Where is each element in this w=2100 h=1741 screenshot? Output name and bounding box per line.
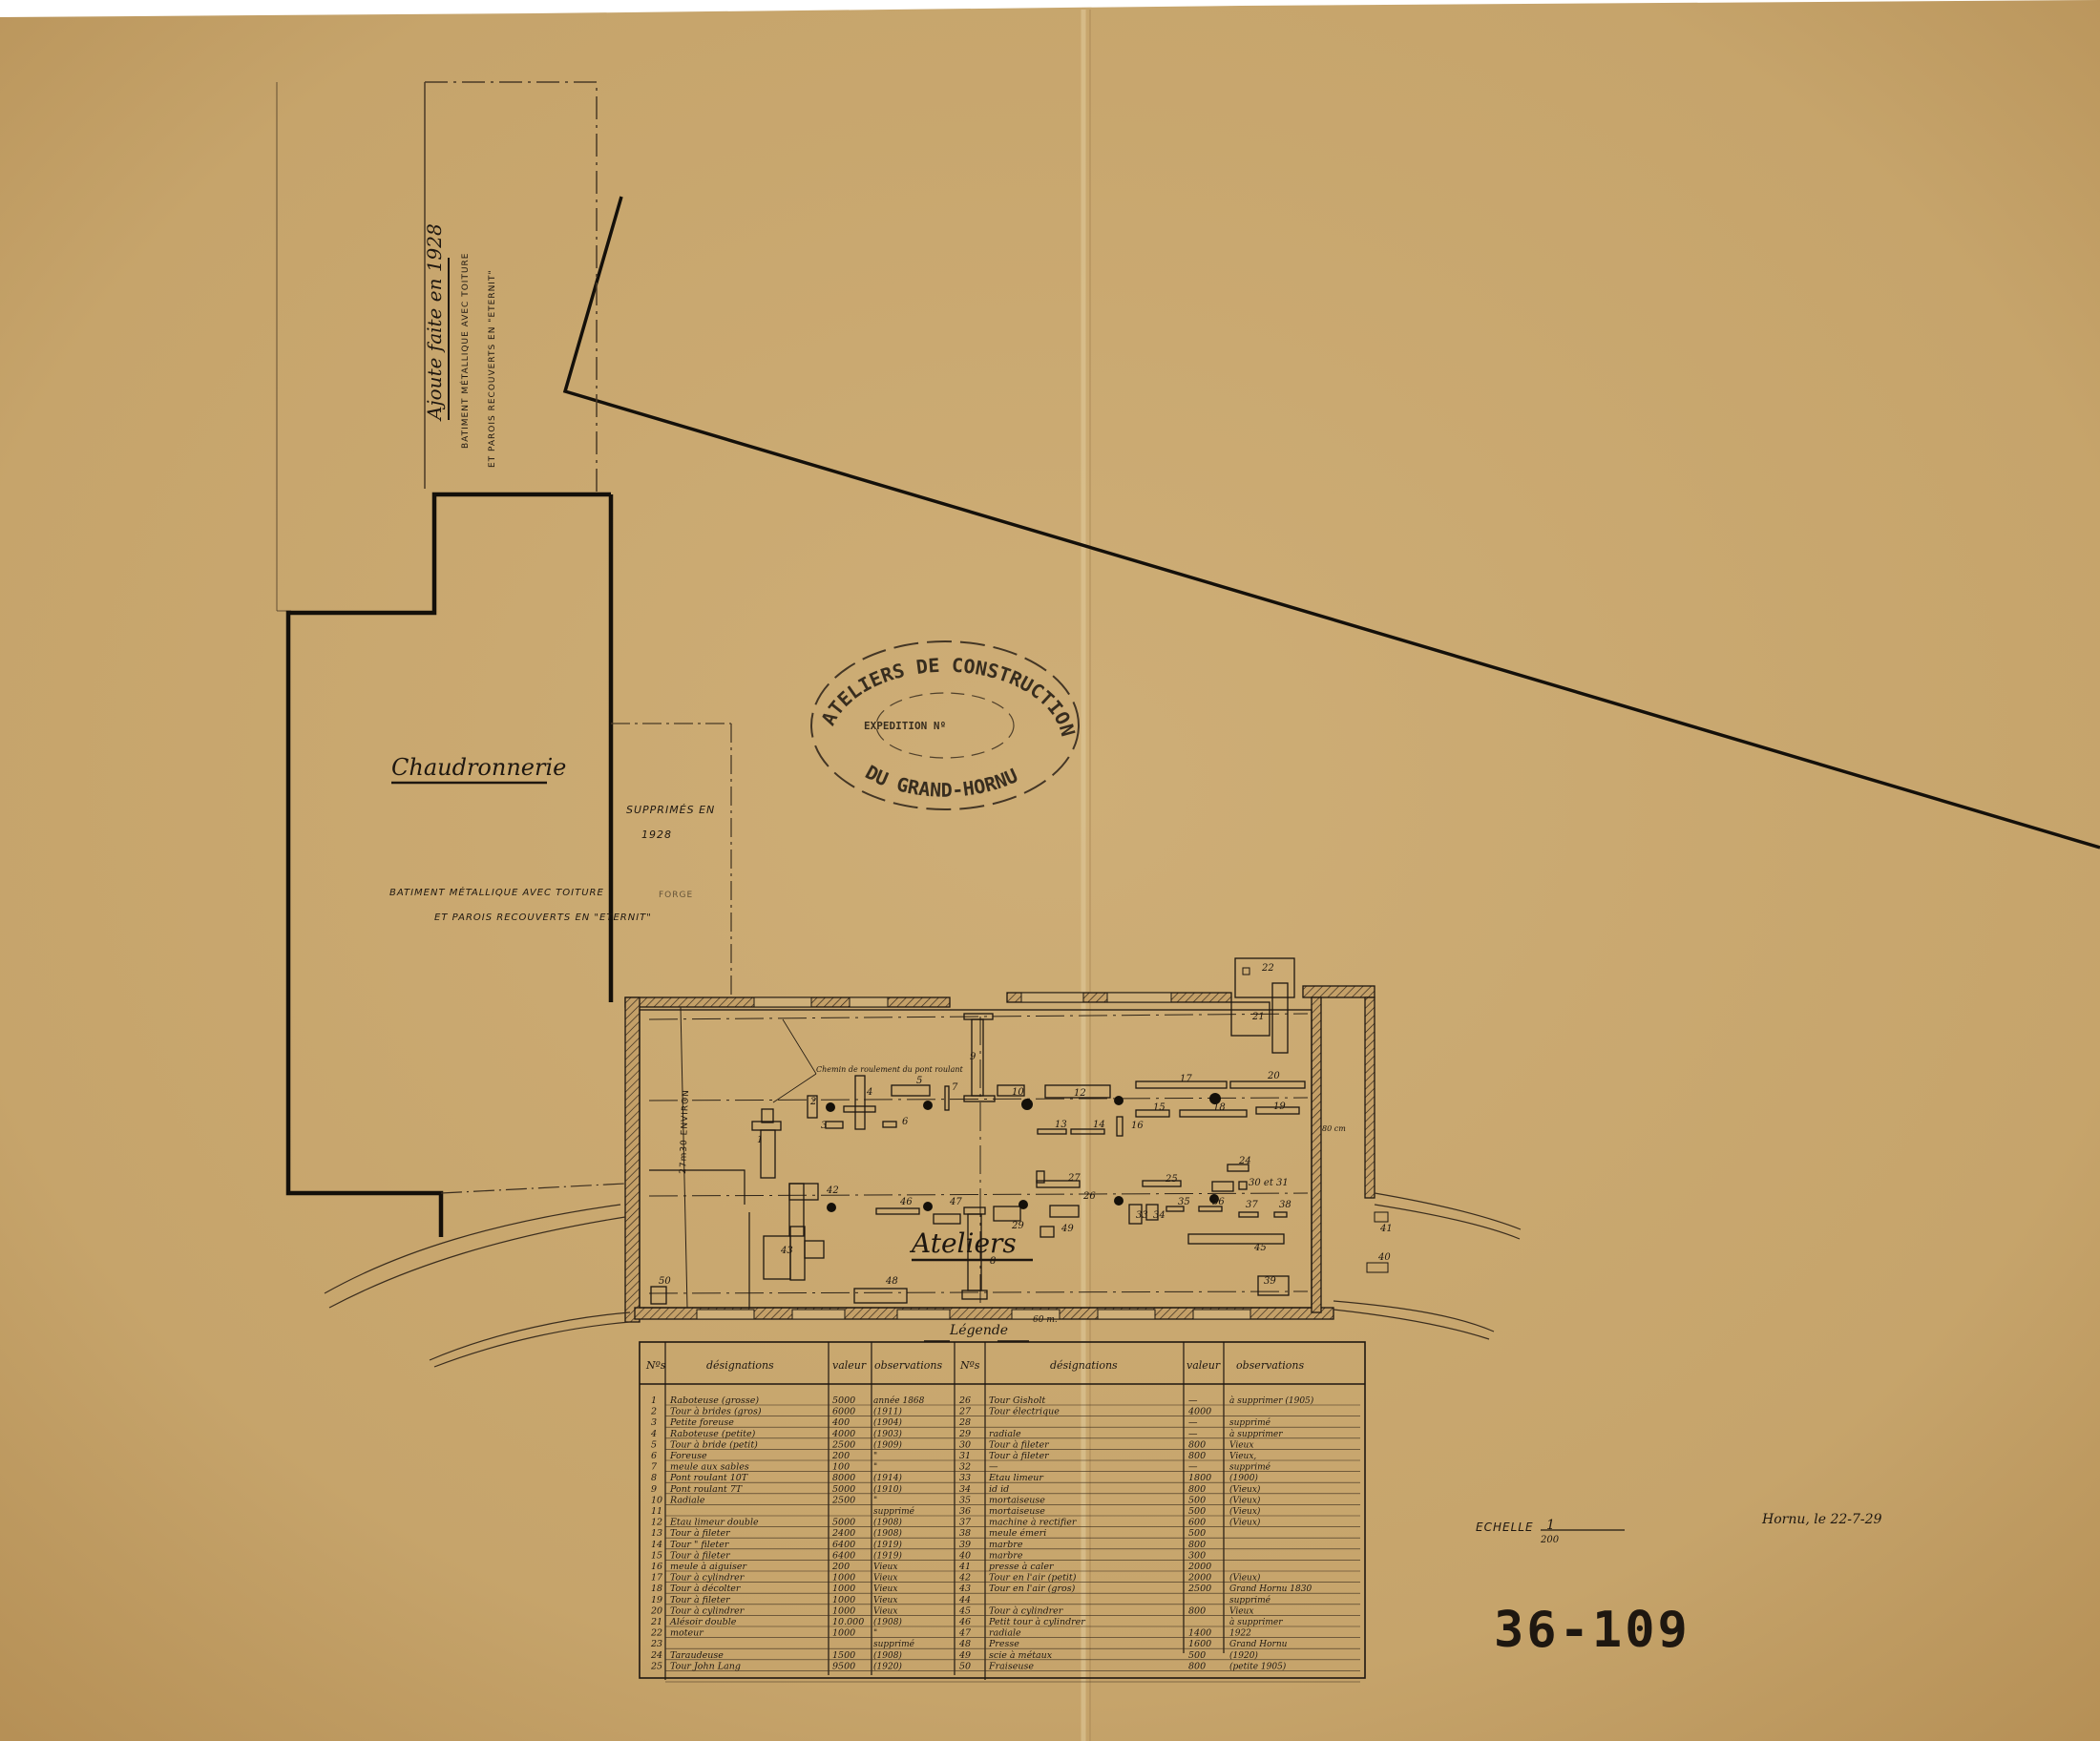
legend-observation: (1908) bbox=[873, 1617, 902, 1627]
legend-designation: Tour à fileter bbox=[670, 1550, 731, 1561]
legend-designation: Tour en l'air (gros) bbox=[989, 1584, 1076, 1594]
legend-value: 200 bbox=[831, 1451, 850, 1461]
legend-designation: machine à rectifier bbox=[989, 1518, 1078, 1528]
legend-no: 50 bbox=[959, 1661, 971, 1671]
legend-value: 800 bbox=[1188, 1605, 1206, 1616]
legend-no: 38 bbox=[959, 1528, 971, 1539]
machine-label: 25 bbox=[1165, 1174, 1178, 1185]
legend-value: 5000 bbox=[832, 1518, 855, 1528]
legend-value: 500 bbox=[1188, 1650, 1206, 1661]
legend-observation: (Vieux) bbox=[1229, 1495, 1261, 1505]
legend-value: 1400 bbox=[1188, 1628, 1211, 1639]
legend-designation: Tour à fileter bbox=[670, 1528, 731, 1539]
legend-value: 2500 bbox=[831, 1495, 855, 1505]
machine-label: 19 bbox=[1273, 1101, 1286, 1112]
legend-value: — bbox=[1188, 1462, 1198, 1473]
legend-no: 44 bbox=[958, 1595, 971, 1605]
machine-label: 17 bbox=[1180, 1074, 1192, 1084]
legend-designation: Raboteuse (petite) bbox=[669, 1429, 756, 1439]
legend-designation: scie à métaux bbox=[989, 1650, 1053, 1661]
legend-no: 5 bbox=[651, 1439, 657, 1450]
machine-label: 27 bbox=[1067, 1173, 1081, 1184]
legend-value: 800 bbox=[1188, 1484, 1206, 1495]
legend-designation: Tour en l'air (petit) bbox=[989, 1573, 1077, 1584]
legend-designation: Tour à cylindrer bbox=[670, 1573, 745, 1584]
legend-value: 5000 bbox=[832, 1484, 855, 1495]
legend-observation: (1904) bbox=[873, 1417, 902, 1428]
legend-no: 34 bbox=[959, 1484, 971, 1495]
legend-no: 24 bbox=[650, 1650, 662, 1661]
legend-designation: mortaiseuse bbox=[989, 1495, 1045, 1505]
legend-value: 2500 bbox=[831, 1439, 855, 1450]
legend-no: 20 bbox=[650, 1605, 662, 1616]
legend-no: 25 bbox=[650, 1661, 662, 1671]
legend-no: 48 bbox=[958, 1639, 971, 1649]
legend-observation: (1914) bbox=[873, 1473, 902, 1483]
legend-no: 39 bbox=[959, 1540, 971, 1550]
legend-observation: supprimé bbox=[1229, 1462, 1271, 1473]
legend-value: 2500 bbox=[1187, 1584, 1211, 1594]
legend-designation: Tour à brides (gros) bbox=[670, 1407, 762, 1417]
legend-value: 100 bbox=[832, 1462, 850, 1473]
legend-no: 14 bbox=[651, 1540, 662, 1550]
legend-header: observations bbox=[874, 1359, 942, 1372]
legend-no: 6 bbox=[651, 1451, 657, 1461]
machine-label: 33 bbox=[1136, 1210, 1148, 1221]
legend-no: 28 bbox=[958, 1417, 971, 1428]
legend-value: 1800 bbox=[1188, 1473, 1211, 1483]
legend-no: 1 bbox=[651, 1395, 657, 1406]
legend-observation: Vieux bbox=[873, 1606, 897, 1616]
legend-value: 500 bbox=[1188, 1506, 1206, 1517]
legend-designation: Radiale bbox=[669, 1495, 705, 1505]
crane-path-note: Chemin de roulement du pont roulant bbox=[816, 1065, 964, 1074]
legend-designation: Pont roulant 7T bbox=[669, 1484, 743, 1495]
machine-label: 5 bbox=[916, 1076, 922, 1086]
legend-no: 43 bbox=[958, 1584, 971, 1594]
legend-designation: Tour John Lang bbox=[670, 1661, 741, 1671]
machine-label: 7 bbox=[952, 1082, 958, 1093]
legend-observation: Vieux bbox=[1229, 1606, 1253, 1616]
machine-label: 30 et 31 bbox=[1249, 1178, 1289, 1188]
legend-designation: Tour à fileter bbox=[989, 1439, 1050, 1450]
legend-no: 22 bbox=[650, 1628, 662, 1639]
legend-designation: Tour à cylindrer bbox=[989, 1605, 1064, 1616]
legend-header: Nºs bbox=[645, 1359, 666, 1372]
machine-label: 24 bbox=[1238, 1156, 1251, 1166]
legend-no: 3 bbox=[651, 1417, 657, 1428]
legend-observation: " bbox=[873, 1629, 877, 1639]
machine-label: 50 bbox=[659, 1276, 671, 1287]
legend-no: 19 bbox=[651, 1595, 662, 1605]
legend-value: — bbox=[1188, 1429, 1198, 1439]
machine-label: 2 bbox=[809, 1097, 816, 1107]
legend-observation: (1920) bbox=[1229, 1650, 1258, 1661]
annex-line1: BATIMENT MÉTALLIQUE AVEC TOITURE bbox=[459, 253, 471, 449]
legend-designation: meule émeri bbox=[989, 1528, 1046, 1539]
machine-label: 35 bbox=[1178, 1197, 1190, 1207]
machine-label: 1 bbox=[757, 1135, 763, 1145]
legend-observation: (1900) bbox=[1229, 1473, 1258, 1483]
legend-no: 11 bbox=[651, 1506, 662, 1517]
legend-designation: Etau limeur double bbox=[669, 1518, 759, 1528]
legend-no: 40 bbox=[958, 1550, 971, 1561]
legend-observation: Vieux bbox=[873, 1584, 897, 1594]
legend-designation: Petite foreuse bbox=[669, 1417, 734, 1428]
legend-designation: marbre bbox=[989, 1540, 1023, 1550]
legend-value: 600 bbox=[1188, 1518, 1206, 1528]
legend-designation: meule aux sables bbox=[670, 1462, 749, 1473]
legend-value: 9500 bbox=[832, 1661, 855, 1671]
legend-value: 6400 bbox=[832, 1550, 855, 1561]
legend-no: 13 bbox=[651, 1528, 662, 1539]
machine-label: 39 bbox=[1264, 1276, 1276, 1287]
annex-title: Ajoute faite en 1928 bbox=[423, 223, 446, 422]
machine-label: 42 bbox=[826, 1185, 839, 1196]
legend-observation: supprimé bbox=[873, 1639, 915, 1649]
legend-observation: Vieux bbox=[873, 1563, 897, 1572]
floor-plan-drawing: Ajoute faite en 1928 BATIMENT MÉTALLIQUE… bbox=[0, 0, 2100, 1741]
legend-value: 800 bbox=[1188, 1661, 1206, 1671]
legend-observation: (1908) bbox=[873, 1528, 902, 1539]
legend-designation: Raboteuse (grosse) bbox=[669, 1395, 759, 1406]
legend-no: 49 bbox=[958, 1650, 971, 1661]
legend-observation: (Vieux) bbox=[1229, 1518, 1261, 1528]
paper-background bbox=[0, 0, 2100, 1741]
machine-label: 45 bbox=[1253, 1243, 1267, 1253]
legend-observation: 1922 bbox=[1229, 1629, 1251, 1639]
length-dimension: 60 m. bbox=[1033, 1315, 1058, 1325]
ateliers-title: Ateliers bbox=[909, 1227, 1017, 1259]
legend-designation: Tour à fileter bbox=[670, 1595, 731, 1605]
legend-no: 9 bbox=[651, 1484, 657, 1495]
legend-designation: meule à aiguiser bbox=[670, 1562, 748, 1572]
legend-designation: radiale bbox=[989, 1628, 1021, 1639]
machine-label: 20 bbox=[1267, 1071, 1280, 1081]
legend-observation: Grand Hornu bbox=[1229, 1640, 1288, 1649]
legend-header: désignations bbox=[1050, 1359, 1118, 1372]
legend-designation: Pont roulant 10T bbox=[669, 1473, 748, 1483]
legend-no: 47 bbox=[958, 1628, 972, 1639]
machine-label: 6 bbox=[902, 1117, 909, 1127]
legend-no: 15 bbox=[651, 1550, 662, 1561]
legend-value: 200 bbox=[831, 1562, 850, 1572]
machine-label: 4 bbox=[866, 1087, 872, 1098]
machine-label: 18 bbox=[1213, 1102, 1226, 1113]
legend-designation: — bbox=[989, 1462, 998, 1473]
machine-label: 10 bbox=[1012, 1087, 1024, 1098]
legend-designation: Etau limeur bbox=[988, 1473, 1044, 1483]
legend-designation: Alésoir double bbox=[669, 1617, 737, 1627]
legend-designation: radiale bbox=[989, 1429, 1021, 1439]
legend-observation: à supprimer bbox=[1229, 1617, 1283, 1627]
legend-header: valeur bbox=[832, 1359, 867, 1372]
legend-no: 12 bbox=[651, 1518, 662, 1528]
legend-designation: Fraiseuse bbox=[988, 1661, 1034, 1671]
legend-value: 10.000 bbox=[832, 1617, 864, 1627]
legend-value: 6000 bbox=[832, 1407, 855, 1417]
legend-no: 29 bbox=[958, 1429, 971, 1439]
legend-value: 1000 bbox=[832, 1595, 855, 1605]
legend-no: 21 bbox=[650, 1617, 662, 1627]
legend-designation: Tour à bride (petit) bbox=[670, 1439, 758, 1450]
legend-designation: Tour à cylindrer bbox=[670, 1605, 745, 1616]
legend-value: — bbox=[1188, 1395, 1198, 1406]
removed-label: SUPPRIMÉS EN bbox=[626, 804, 715, 816]
legend-value: 800 bbox=[1188, 1540, 1206, 1550]
machine-label: 40 bbox=[1377, 1252, 1391, 1263]
legend-value: 2400 bbox=[831, 1528, 855, 1539]
legend-observation: " bbox=[873, 1496, 877, 1505]
machine-label: 36 bbox=[1212, 1197, 1225, 1207]
chaudronnerie-line2: ET PAROIS RECOUVERTS EN "ETERNIT" bbox=[434, 912, 652, 923]
legend-observation: (1908) bbox=[873, 1518, 902, 1528]
legend-designation: moteur bbox=[670, 1628, 704, 1639]
legend-header: Nºs bbox=[959, 1359, 980, 1372]
legend-value: 1000 bbox=[832, 1628, 855, 1639]
machine-label: 34 bbox=[1153, 1210, 1165, 1221]
legend-no: 35 bbox=[959, 1495, 971, 1505]
legend-designation: Tour " fileter bbox=[670, 1540, 730, 1550]
legend-value: 2000 bbox=[1187, 1562, 1211, 1572]
legend-no: 30 bbox=[959, 1439, 971, 1450]
chaudronnerie-line1: BATIMENT MÉTALLIQUE AVEC TOITURE bbox=[389, 886, 604, 898]
legend-no: 42 bbox=[958, 1573, 971, 1584]
legend-no: 23 bbox=[650, 1639, 662, 1649]
annex-line2: ET PAROIS RECOUVERTS EN "ETERNIT" bbox=[488, 269, 497, 468]
legend-value: 1000 bbox=[832, 1584, 855, 1594]
legend-no: 8 bbox=[651, 1473, 657, 1483]
legend-value: 1000 bbox=[832, 1605, 855, 1616]
legend-observation: supprimé bbox=[873, 1506, 915, 1517]
legend-designation: Presse bbox=[988, 1639, 1019, 1649]
legend-value: 300 bbox=[1188, 1550, 1206, 1561]
legend-observation: " bbox=[873, 1452, 877, 1461]
legend-value: 800 bbox=[1188, 1439, 1206, 1450]
legend-observation: (1911) bbox=[873, 1407, 902, 1417]
legend-value: 4000 bbox=[831, 1429, 855, 1439]
legend-no: 17 bbox=[651, 1573, 663, 1584]
archive-number: 36-109 bbox=[1494, 1602, 1690, 1659]
legend-observation: (Vieux) bbox=[1229, 1484, 1261, 1495]
legend-value: 500 bbox=[1188, 1495, 1206, 1505]
legend-no: 41 bbox=[958, 1562, 971, 1572]
legend-designation: Taraudeuse bbox=[670, 1650, 724, 1661]
legend-no: 2 bbox=[650, 1407, 657, 1417]
machine-label: 49 bbox=[1060, 1224, 1074, 1234]
legend-designation: id id bbox=[989, 1484, 1009, 1495]
legend-observation: (1908) bbox=[873, 1650, 902, 1661]
legend-no: 36 bbox=[959, 1506, 971, 1517]
legend-observation: Grand Hornu 1830 bbox=[1229, 1584, 1312, 1594]
legend-value: 1600 bbox=[1188, 1639, 1211, 1649]
stamp-middle-text: EXPEDITION Nº bbox=[864, 720, 946, 732]
legend-value: 6400 bbox=[832, 1540, 855, 1550]
legend-value: 800 bbox=[1188, 1451, 1206, 1461]
machine-label: 13 bbox=[1055, 1120, 1067, 1130]
machine-label: 14 bbox=[1093, 1120, 1105, 1130]
removed-year: 1928 bbox=[641, 829, 672, 841]
place-date: Hornu, le 22-7-29 bbox=[1761, 1512, 1882, 1527]
plan-sheet: Ajoute faite en 1928 BATIMENT MÉTALLIQUE… bbox=[0, 0, 2100, 1741]
legend-no: 31 bbox=[959, 1451, 971, 1461]
scale-denominator: 200 bbox=[1540, 1535, 1560, 1545]
wall-dimension: 80 cm bbox=[1322, 1124, 1346, 1133]
legend-no: 37 bbox=[959, 1518, 972, 1528]
legend-header: désignations bbox=[706, 1359, 774, 1372]
machine-label: 9 bbox=[970, 1052, 976, 1062]
legend-title: Légende bbox=[949, 1323, 1008, 1338]
legend-value: 2000 bbox=[1187, 1573, 1211, 1584]
legend-observation: (1919) bbox=[873, 1550, 902, 1561]
legend-observation: (1920) bbox=[873, 1661, 902, 1671]
machine-label: 12 bbox=[1074, 1088, 1086, 1099]
scale-label: ECHELLE bbox=[1476, 1521, 1534, 1534]
legend-observation: supprimé bbox=[1229, 1417, 1271, 1428]
legend-no: 32 bbox=[959, 1462, 971, 1473]
legend-no: 45 bbox=[958, 1605, 971, 1616]
legend-observation: supprimé bbox=[1229, 1595, 1271, 1605]
legend-designation: presse à caler bbox=[989, 1562, 1055, 1572]
legend-observation: (1919) bbox=[873, 1540, 902, 1550]
legend-no: 33 bbox=[959, 1473, 971, 1483]
legend-designation: mortaiseuse bbox=[989, 1506, 1045, 1517]
legend-value: 500 bbox=[1188, 1528, 1206, 1539]
machine-label: 26 bbox=[1082, 1191, 1096, 1202]
legend-value: 4000 bbox=[1187, 1407, 1211, 1417]
legend-designation: Tour électrique bbox=[989, 1407, 1060, 1417]
legend-headers: NºsdésignationsvaleurobservationsNºsdési… bbox=[645, 1359, 1304, 1372]
machine-label: 22 bbox=[1261, 963, 1274, 974]
legend-no: 7 bbox=[651, 1462, 658, 1473]
legend-designation: Tour à décolter bbox=[670, 1584, 742, 1594]
legend-header: observations bbox=[1236, 1359, 1304, 1372]
legend-header: valeur bbox=[1186, 1359, 1221, 1372]
legend-observation: " bbox=[873, 1463, 877, 1473]
legend-designation: Foreuse bbox=[669, 1451, 707, 1461]
machine-label: 43 bbox=[780, 1246, 793, 1256]
machine-label: 38 bbox=[1279, 1200, 1291, 1210]
legend-observation: (1910) bbox=[873, 1484, 902, 1495]
legend-no: 4 bbox=[650, 1429, 657, 1439]
legend-observation: (1903) bbox=[873, 1429, 902, 1439]
legend-observation: année 1868 bbox=[873, 1395, 925, 1406]
machine-label: 46 bbox=[899, 1197, 913, 1207]
legend-no: 46 bbox=[958, 1617, 971, 1627]
legend-designation: Petit tour à cylindrer bbox=[988, 1617, 1086, 1627]
legend-no: 26 bbox=[958, 1395, 971, 1406]
legend-observation: à supprimer (1905) bbox=[1229, 1395, 1314, 1406]
legend-no: 10 bbox=[651, 1495, 662, 1505]
legend-observation: Vieux bbox=[1229, 1440, 1253, 1450]
legend-value: 1500 bbox=[832, 1650, 855, 1661]
legend-observation: à supprimer bbox=[1229, 1429, 1283, 1439]
legend-value: 5000 bbox=[832, 1395, 855, 1406]
legend-observation: Vieux, bbox=[1229, 1452, 1256, 1461]
legend-no: 27 bbox=[958, 1407, 972, 1417]
legend-value: — bbox=[1188, 1417, 1198, 1428]
machine-label: 21 bbox=[1251, 1012, 1265, 1022]
legend-value: 8000 bbox=[832, 1473, 855, 1483]
machine-label: 3 bbox=[821, 1121, 827, 1131]
legend-observation: (petite 1905) bbox=[1229, 1661, 1287, 1671]
legend-no: 16 bbox=[651, 1562, 662, 1572]
legend-designation: Tour à fileter bbox=[989, 1451, 1050, 1461]
legend-no: 18 bbox=[651, 1584, 662, 1594]
legend-observation: Vieux bbox=[873, 1574, 897, 1584]
legend-observation: (1909) bbox=[873, 1439, 902, 1450]
machine-label: 15 bbox=[1153, 1102, 1165, 1113]
legend-designation: marbre bbox=[989, 1550, 1023, 1561]
legend-value: 400 bbox=[831, 1417, 850, 1428]
legend-value: 1000 bbox=[832, 1573, 855, 1584]
machine-label: 41 bbox=[1379, 1224, 1393, 1234]
machine-label: 16 bbox=[1131, 1121, 1144, 1131]
legend-observation: (Vieux) bbox=[1229, 1506, 1261, 1517]
legend-observation: Vieux bbox=[873, 1596, 897, 1605]
chaudronnerie-title: Chaudronnerie bbox=[391, 754, 566, 781]
machine-label: 48 bbox=[885, 1276, 898, 1287]
machine-label: 37 bbox=[1246, 1200, 1258, 1210]
faded-forge-label: FORGE bbox=[659, 891, 693, 900]
legend-designation: Tour Gisholt bbox=[989, 1395, 1045, 1406]
legend-observation: (Vieux) bbox=[1229, 1573, 1261, 1584]
machine-label: 47 bbox=[949, 1197, 962, 1207]
